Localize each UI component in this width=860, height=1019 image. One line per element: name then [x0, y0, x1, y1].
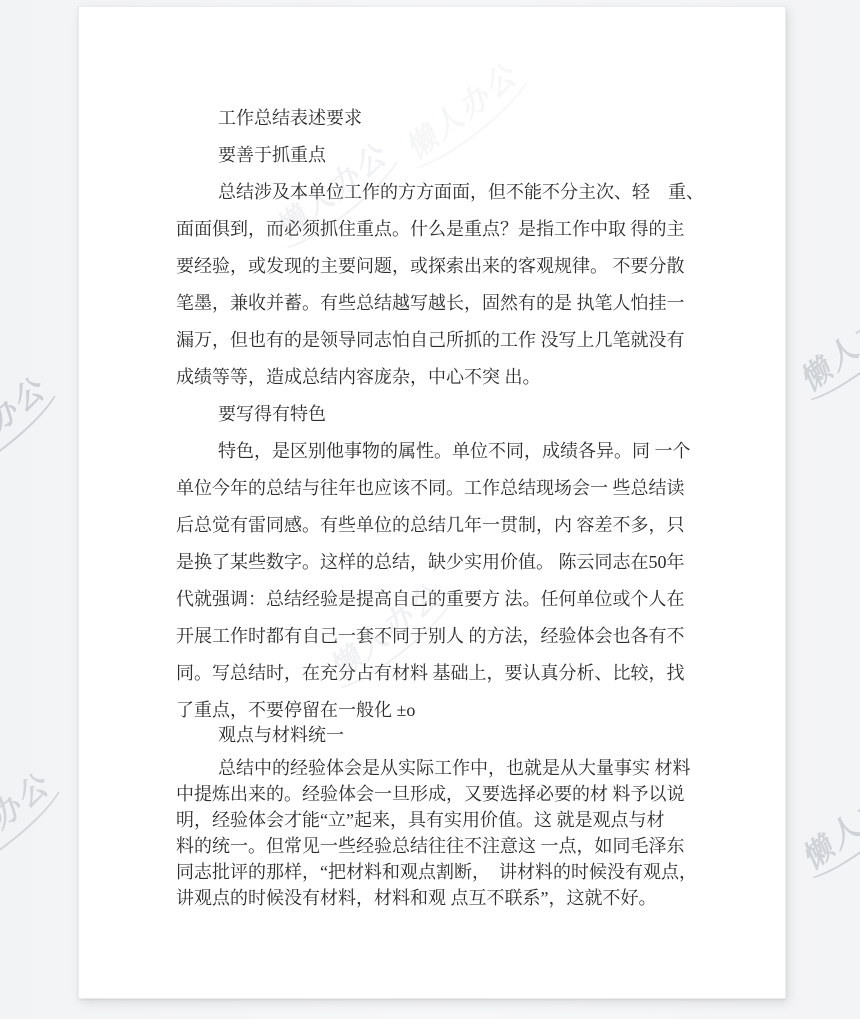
paragraph-line: 同志批评的那样，“把材料和观点割断， 讲材料的时候没有观点， — [176, 859, 690, 885]
paragraph-line: 要经验，或发现的主要问题，或探索出来的客观规律。 不要分散 — [176, 248, 690, 285]
paragraph-line: 后总觉有雷同感。有些单位的总结几年一贯制，内 容差不多，只 — [176, 507, 690, 544]
paragraph-line: 同。写总结时，在充分占有材料 基础上，要认真分析、比较，找 — [176, 655, 690, 692]
paragraph-line: 总结中的经验体会是从实际工作中，也就是从大量事实 材料 — [176, 755, 690, 781]
document-body: 工作总结表述要求 要善于抓重点 总结涉及本单位工作的方方面面，但不能不分主次、轻… — [176, 100, 690, 911]
document-title: 工作总结表述要求 — [176, 100, 690, 137]
section-heading-3: 观点与材料统一 — [176, 722, 690, 748]
app-background: 工作总结表述要求 要善于抓重点 总结涉及本单位工作的方方面面，但不能不分主次、轻… — [0, 0, 860, 1019]
paragraph-line: 中提炼出来的。经验体会一旦形成，又要选择必要的材 料予以说 — [176, 781, 690, 807]
paragraph-line: 开展工作时都有自己一套不同于别人 的方法，经验体会也各有不 — [176, 618, 690, 655]
paragraph-line: 是换了某些数字。这样的总结，缺少实用价值。 陈云同志在50年 — [176, 544, 690, 581]
watermark-logo: 懒人办公 — [790, 761, 860, 877]
watermark-logo: 懒人办公 — [0, 761, 58, 877]
paragraph-line: 成绩等等，造成总结内容庞杂，中心不突 出。 — [176, 359, 690, 396]
paragraph-line: 讲观点的时候没有材料，材料和观 点互不联系”，这就不好。 — [176, 885, 690, 911]
paragraph-line: 明，经验体会才能“立”起来，具有实用价值。这 就是观点与材 — [176, 807, 690, 833]
paragraph-line: 代就强调：总结经验是提高自己的重要方 法。任何单位或个人在 — [176, 581, 690, 618]
paragraph-line: 笔墨，兼收并蓄。有些总结越写越长，固然有的是 执笔人怕挂一 — [176, 285, 690, 322]
section-heading-1: 要善于抓重点 — [176, 137, 690, 174]
paragraph-line: 单位今年的总结与往年也应该不同。工作总结现场会一 些总结读 — [176, 470, 690, 507]
watermark-logo: 懒人办公 — [0, 365, 54, 481]
watermark-logo: 懒人办公 — [788, 283, 860, 399]
section-heading-2: 要写得有特色 — [176, 396, 690, 433]
paragraph-line: 面面俱到，而必须抓住重点。什么是重点？是指工作中取 得的主 — [176, 211, 690, 248]
paragraph-line: 特色，是区别他事物的属性。单位不同，成绩各异。同 一个 — [176, 433, 690, 470]
paragraph-line: 漏万，但也有的是领导同志怕自己所抓的工作 没写上几笔就没有 — [176, 322, 690, 359]
document-page: 工作总结表述要求 要善于抓重点 总结涉及本单位工作的方方面面，但不能不分主次、轻… — [78, 6, 786, 999]
paragraph-line: 总结涉及本单位工作的方方面面，但不能不分主次、轻 重、 — [176, 174, 690, 211]
paragraph-line: 料的统一。但常见一些经验总结往往不注意这 一点，如同毛泽东 — [176, 833, 690, 859]
